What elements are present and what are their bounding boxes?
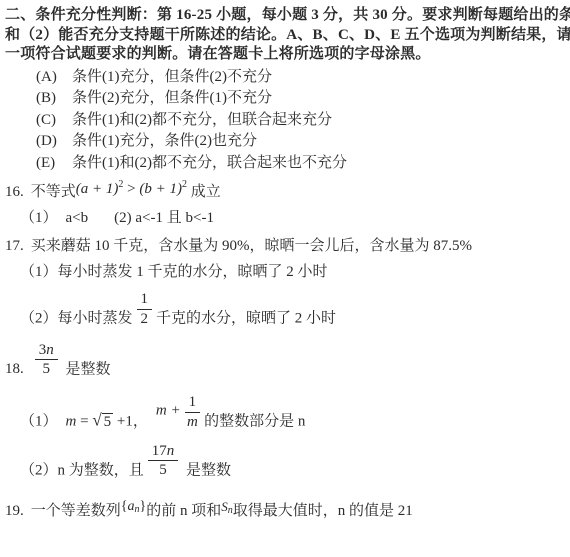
brace-open: { (121, 499, 128, 514)
option-row-d: (D) 条件(1)充分，条件(2)也充分 (36, 133, 570, 151)
q17-cond2-pre-text: 每小时蒸发 (58, 311, 133, 327)
header-line-2: 和（2）能否充分支持题干所陈述的结论。A、B、C、D、E 五个选项为判断结果，请… (5, 26, 568, 46)
fraction-numerator: 17n (148, 443, 179, 462)
q16-inequality-formula: (a + 1)2 > (b + 1)2 (76, 181, 187, 197)
q18-cond1-label: （1） (20, 414, 58, 430)
q18-cond1-post-text: 的整数部分是 n (204, 414, 305, 430)
q18-cond2-post-text: 是整数 (186, 462, 231, 478)
plus-one: +1 (113, 414, 133, 430)
header-line-3: 一项符合试题要求的判断。请在答题卡上将所选项的字母涂黑。 (5, 45, 568, 65)
q16-cond1-label: （1） (20, 210, 58, 226)
q18-expr-m-plus: m + (156, 403, 181, 419)
exam-document-page: 二、条件充分性判断：第 16-25 小题，每小题 3 分，共 30 分。要求判断… (0, 0, 570, 557)
fraction-3n-over-5: 3n5 (35, 342, 58, 378)
q19-post-text: 取得最大值时，n 的值是 21 (233, 503, 413, 519)
q17-condition-2: （2）每小时蒸发12千克的水分，晾晒了 2 小时 (20, 291, 570, 328)
sequence-a-n-notation: {an} (121, 499, 146, 514)
fraction-denominator: 2 (137, 310, 153, 328)
q16-tail-text: 成立 (191, 184, 221, 200)
sum-S-n-notation: Sn (221, 499, 233, 514)
q17-stem-text: 买来蘑菇 10 千克，含水量为 90%，晾晒一会儿后，含水量为 87.5% (31, 238, 472, 254)
header-line-1: 二、条件充分性判断：第 16-25 小题，每小题 3 分，共 30 分。要求判断… (5, 6, 568, 26)
q16-lhs: (a + 1) (76, 181, 119, 197)
q16-cond2-text: a<-1 且 b<-1 (135, 210, 214, 226)
q17-number: 17. (5, 238, 24, 254)
section-header: 二、条件充分性判断：第 16-25 小题，每小题 3 分，共 30 分。要求判断… (0, 0, 570, 65)
q16-rhs-exponent: 2 (182, 179, 187, 190)
fraction-numerator: 1 (185, 394, 201, 413)
question-19-stem: 19.一个等差数列{an}的前 n 项和Sn取得最大值时，n 的值是 21 (5, 499, 570, 520)
comma: ， (133, 414, 148, 430)
option-label-a: (A) (36, 69, 72, 87)
fraction-denominator: 5 (148, 461, 179, 479)
variable-n: n (46, 342, 54, 358)
q17-cond2-label: （2） (20, 311, 58, 327)
option-label-c: (C) (36, 112, 72, 130)
option-row-e: (E) 条件(1)和(2)都不充分，联合起来也不充分 (36, 155, 570, 173)
fraction-17n-over-5: 17n5 (148, 443, 179, 479)
option-text-c: 条件(1)和(2)都不充分，但联合起来充分 (72, 112, 332, 130)
q19-pre-text: 一个等差数列 (31, 503, 121, 519)
q16-relation: > (127, 181, 135, 197)
variable-a: a (128, 499, 135, 514)
question-17-stem: 17.买来蘑菇 10 千克，含水量为 90%，晾晒一会儿后，含水量为 87.5% (5, 234, 570, 255)
sqrt-radical-icon: √ (92, 411, 101, 430)
q18-condition-1: （1）m = √5 +1，m +1m的整数部分是 n (20, 394, 570, 431)
q17-cond2-post-text: 千克的水分，晾晒了 2 小时 (156, 311, 336, 327)
fraction-one-half: 12 (137, 291, 153, 327)
sqrt-argument: 5 (102, 413, 114, 430)
q16-cond2-label: (2) (114, 210, 132, 226)
option-text-b: 条件(2)充分，但条件(1)不充分 (72, 90, 272, 108)
option-row-a: (A) 条件(1)充分，但条件(2)不充分 (36, 69, 570, 87)
coefficient: 17 (152, 443, 167, 459)
q17-cond1-text: 每小时蒸发 1 千克的水分，晾晒了 2 小时 (58, 264, 328, 280)
fraction-numerator: 3n (35, 342, 58, 361)
q19-mid-text: 的前 n 项和 (146, 503, 221, 519)
q16-conditions: （1）a<b(2) a<-1 且 b<-1 (20, 206, 570, 227)
q18-number: 18. (5, 361, 24, 377)
q16-cond1-text: a<b (66, 210, 89, 226)
option-row-b: (B) 条件(2)充分，但条件(1)不充分 (36, 90, 570, 108)
option-text-e: 条件(1)和(2)都不充分，联合起来也不充分 (72, 155, 347, 173)
fraction-denominator: m (185, 413, 201, 431)
variable-n: n (167, 443, 175, 459)
q17-condition-1: （1）每小时蒸发 1 千克的水分，晾晒了 2 小时 (20, 260, 570, 281)
option-label-b: (B) (36, 90, 72, 108)
q16-lhs-exponent: 2 (118, 179, 123, 190)
q18-condition-2: （2）n 为整数，且17n5 是整数 (20, 443, 570, 480)
option-text-d: 条件(1)充分，条件(2)也充分 (72, 133, 257, 151)
options-list: (A) 条件(1)充分，但条件(2)不充分 (B) 条件(2)充分，但条件(1)… (0, 69, 570, 173)
option-label-e: (E) (36, 155, 72, 173)
question-16-stem: 16.不等式(a + 1)2 > (b + 1)2 成立 (5, 180, 570, 201)
fraction-1-over-m: 1m (185, 394, 201, 430)
q16-rhs: (b + 1) (139, 181, 182, 197)
question-18-stem: 18.3n5 是整数 (5, 342, 570, 379)
q16-number: 16. (5, 184, 24, 200)
q16-lead-text: 不等式 (31, 184, 76, 200)
equals-sign: = (76, 414, 92, 430)
q17-cond1-label: （1） (20, 264, 58, 280)
option-row-c: (C) 条件(1)和(2)都不充分，但联合起来充分 (36, 112, 570, 130)
q19-number: 19. (5, 503, 24, 519)
variable-m: m (66, 414, 77, 430)
option-label-d: (D) (36, 133, 72, 151)
fraction-denominator: 5 (35, 360, 58, 378)
q18-tail-text: 是整数 (66, 361, 111, 377)
option-text-a: 条件(1)充分，但条件(2)不充分 (72, 69, 272, 87)
fraction-numerator: 1 (137, 291, 153, 310)
q18-cond2-pre-text: n 为整数，且 (58, 462, 144, 478)
q18-cond2-label: （2） (20, 462, 58, 478)
